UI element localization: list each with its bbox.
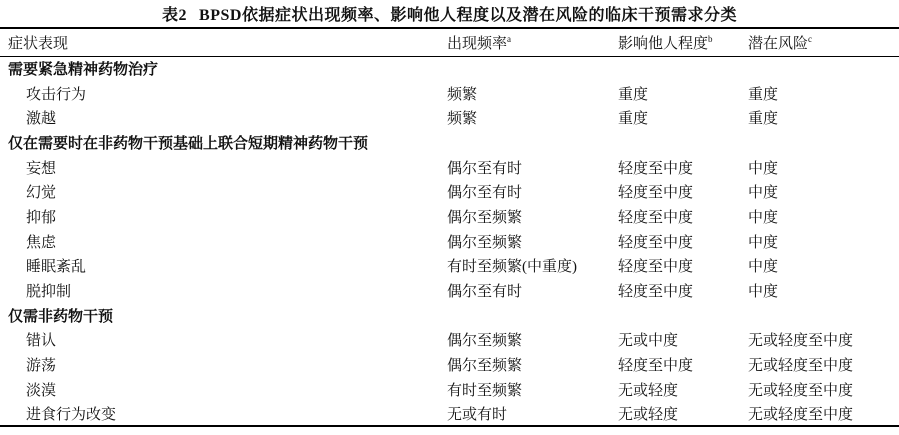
impact-cell: 无或中度 [618,328,748,353]
symptom-cell: 焦虑 [0,229,447,254]
table-header: 症状表现 出现频率a 影响他人程度b 潜在风险c [0,28,899,56]
symptom-cell: 激越 [0,105,447,130]
frequency-cell: 有时至频繁(中重度) [447,254,618,279]
section-label: 仅需非药物干预 [0,303,899,328]
frequency-cell: 无或有时 [447,402,618,427]
symptom-cell: 攻击行为 [0,81,447,106]
impact-cell: 轻度至中度 [618,155,748,180]
table-row: 游荡 偶尔至频繁 轻度至中度 无或轻度至中度 [0,352,899,377]
frequency-cell: 偶尔至有时 [447,179,618,204]
frequency-cell: 偶尔至有时 [447,155,618,180]
header-row: 症状表现 出现频率a 影响他人程度b 潜在风险c [0,28,899,56]
column-header-frequency: 出现频率a [447,28,618,56]
risk-cell: 无或轻度至中度 [748,377,899,402]
table-number: 表2 [162,2,187,25]
table-row: 淡漠 有时至频繁 无或轻度 无或轻度至中度 [0,377,899,402]
column-header-impact-label: 影响他人程度 [618,36,708,52]
frequency-cell: 频繁 [447,81,618,106]
frequency-cell: 频繁 [447,105,618,130]
impact-cell: 重度 [618,81,748,106]
risk-cell: 中度 [748,254,899,279]
footnote-marker-b: b [708,34,713,44]
table-row: 攻击行为 频繁 重度 重度 [0,81,899,106]
symptom-cell: 进食行为改变 [0,402,447,427]
table-row: 激越 频繁 重度 重度 [0,105,899,130]
section-label: 需要紧急精神药物治疗 [0,56,899,81]
risk-cell: 无或轻度至中度 [748,352,899,377]
symptom-cell: 脱抑制 [0,278,447,303]
risk-cell: 中度 [748,204,899,229]
symptom-cell: 游荡 [0,352,447,377]
table-row: 脱抑制 偶尔至有时 轻度至中度 中度 [0,278,899,303]
table-row: 抑郁 偶尔至频繁 轻度至中度 中度 [0,204,899,229]
paper-table-page: 表2 BPSD依据症状出现频率、影响他人程度以及潜在风险的临床干预需求分类 症状… [0,0,899,435]
risk-cell: 中度 [748,179,899,204]
risk-cell: 重度 [748,105,899,130]
frequency-cell: 偶尔至频繁 [447,204,618,229]
frequency-cell: 偶尔至频繁 [447,229,618,254]
impact-cell: 轻度至中度 [618,179,748,204]
section-row: 仅在需要时在非药物干预基础上联合短期精神药物干预 [0,130,899,155]
impact-cell: 轻度至中度 [618,278,748,303]
table-title: 表2 BPSD依据症状出现频率、影响他人程度以及潜在风险的临床干预需求分类 [0,0,899,27]
risk-cell: 中度 [748,229,899,254]
section-label: 仅在需要时在非药物干预基础上联合短期精神药物干预 [0,130,899,155]
frequency-cell: 偶尔至有时 [447,278,618,303]
impact-cell: 无或轻度 [618,402,748,427]
impact-cell: 轻度至中度 [618,229,748,254]
footnote-marker-a: a [507,34,511,44]
impact-cell: 无或轻度 [618,377,748,402]
symptom-cell: 睡眠紊乱 [0,254,447,279]
frequency-cell: 有时至频繁 [447,377,618,402]
column-header-symptom: 症状表现 [0,28,447,56]
impact-cell: 轻度至中度 [618,204,748,229]
section-row: 仅需非药物干预 [0,303,899,328]
frequency-cell: 偶尔至频繁 [447,328,618,353]
table-row: 错认 偶尔至频繁 无或中度 无或轻度至中度 [0,328,899,353]
table-row: 妄想 偶尔至有时 轻度至中度 中度 [0,155,899,180]
symptom-cell: 淡漠 [0,377,447,402]
table-row: 焦虑 偶尔至频繁 轻度至中度 中度 [0,229,899,254]
column-header-risk-label: 潜在风险 [748,36,808,52]
column-header-impact: 影响他人程度b [618,28,748,56]
risk-cell: 无或轻度至中度 [748,328,899,353]
impact-cell: 重度 [618,105,748,130]
impact-cell: 轻度至中度 [618,254,748,279]
symptom-cell: 幻觉 [0,179,447,204]
footnote-marker-c: c [808,34,812,44]
risk-cell: 中度 [748,155,899,180]
symptom-cell: 抑郁 [0,204,447,229]
risk-cell: 重度 [748,81,899,106]
symptom-cell: 错认 [0,328,447,353]
section-row: 需要紧急精神药物治疗 [0,56,899,81]
column-header-risk: 潜在风险c [748,28,899,56]
column-header-symptom-label: 症状表现 [8,36,68,52]
frequency-cell: 偶尔至频繁 [447,352,618,377]
bpsd-classification-table: 症状表现 出现频率a 影响他人程度b 潜在风险c 需要紧急精神药物治疗 攻击行为… [0,27,899,427]
risk-cell: 中度 [748,278,899,303]
table-row: 进食行为改变 无或有时 无或轻度 无或轻度至中度 [0,402,899,427]
column-header-frequency-label: 出现频率 [447,36,507,52]
symptom-cell: 妄想 [0,155,447,180]
table-body: 需要紧急精神药物治疗 攻击行为 频繁 重度 重度 激越 频繁 重度 重度 仅在需… [0,56,899,426]
risk-cell: 无或轻度至中度 [748,402,899,427]
table-caption: BPSD依据症状出现频率、影响他人程度以及潜在风险的临床干预需求分类 [199,2,737,25]
table-row: 睡眠紊乱 有时至频繁(中重度) 轻度至中度 中度 [0,254,899,279]
table-row: 幻觉 偶尔至有时 轻度至中度 中度 [0,179,899,204]
impact-cell: 轻度至中度 [618,352,748,377]
